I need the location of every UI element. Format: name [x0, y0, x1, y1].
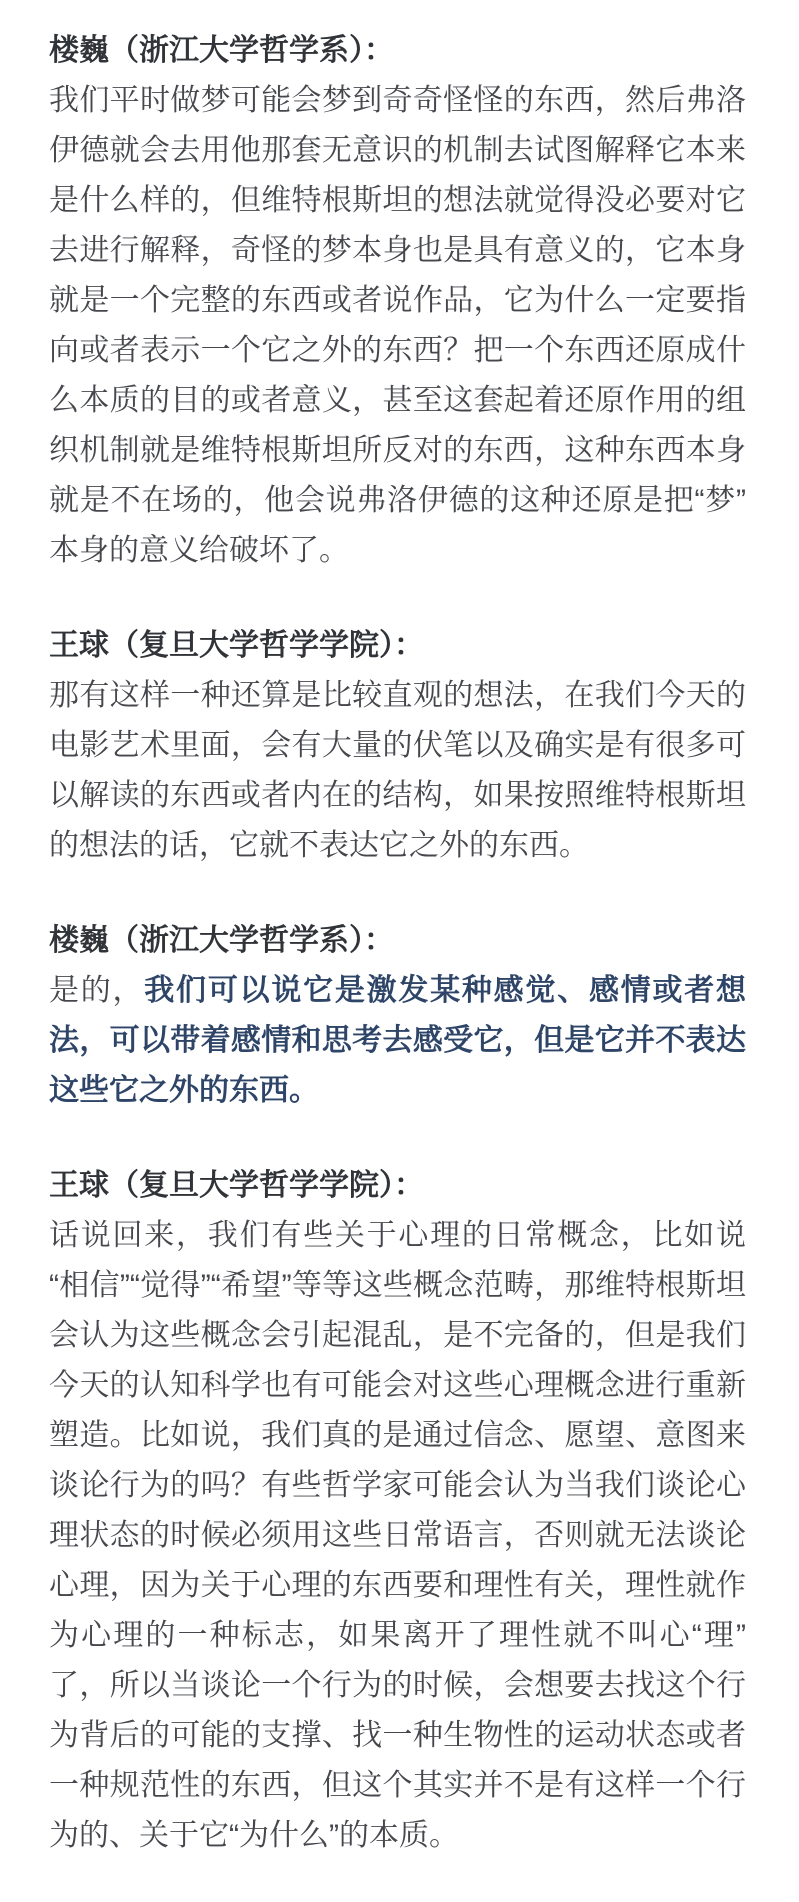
- speech-paragraph: 是的，我们可以说它是激发某种感觉、感情或者想法，可以带着感情和思考去感受它，但是…: [49, 966, 746, 1116]
- dialogue-section-3: 楼巍（浙江大学哲学系）： 是的，我们可以说它是激发某种感觉、感情或者想法，可以带…: [49, 916, 746, 1116]
- dialogue-section-2: 王球（复旦大学哲学学院）： 那有这样一种还算是比较直观的想法，在我们今天的电影艺…: [49, 621, 746, 871]
- dialogue-section-1: 楼巍（浙江大学哲学系）： 我们平时做梦可能会梦到奇奇怪怪的东西，然后弗洛伊德就会…: [49, 26, 746, 576]
- speaker-heading: 楼巍（浙江大学哲学系）：: [49, 916, 746, 966]
- dialogue-section-4: 王球（复旦大学哲学学院）： 话说回来，我们有些关于心理的日常概念，比如说“相信”…: [49, 1161, 746, 1861]
- speech-emphasis-text: 我们可以说它是激发某种感觉、感情或者想法，可以带着感情和思考去感受它，但是它并不…: [49, 974, 746, 1107]
- speech-lead-text: 是的，: [49, 974, 144, 1007]
- speaker-heading: 王球（复旦大学哲学学院）：: [49, 621, 746, 671]
- speaker-heading: 楼巍（浙江大学哲学系）：: [49, 26, 746, 76]
- speech-paragraph: 我们平时做梦可能会梦到奇奇怪怪的东西，然后弗洛伊德就会去用他那套无意识的机制去试…: [49, 76, 746, 576]
- speech-paragraph: 那有这样一种还算是比较直观的想法，在我们今天的电影艺术里面，会有大量的伏笔以及确…: [49, 671, 746, 871]
- article-body: 楼巍（浙江大学哲学系）： 我们平时做梦可能会梦到奇奇怪怪的东西，然后弗洛伊德就会…: [0, 0, 799, 1901]
- speaker-heading: 王球（复旦大学哲学学院）：: [49, 1161, 746, 1211]
- speech-paragraph: 话说回来，我们有些关于心理的日常概念，比如说“相信”“觉得”“希望”等等这些概念…: [49, 1211, 746, 1861]
